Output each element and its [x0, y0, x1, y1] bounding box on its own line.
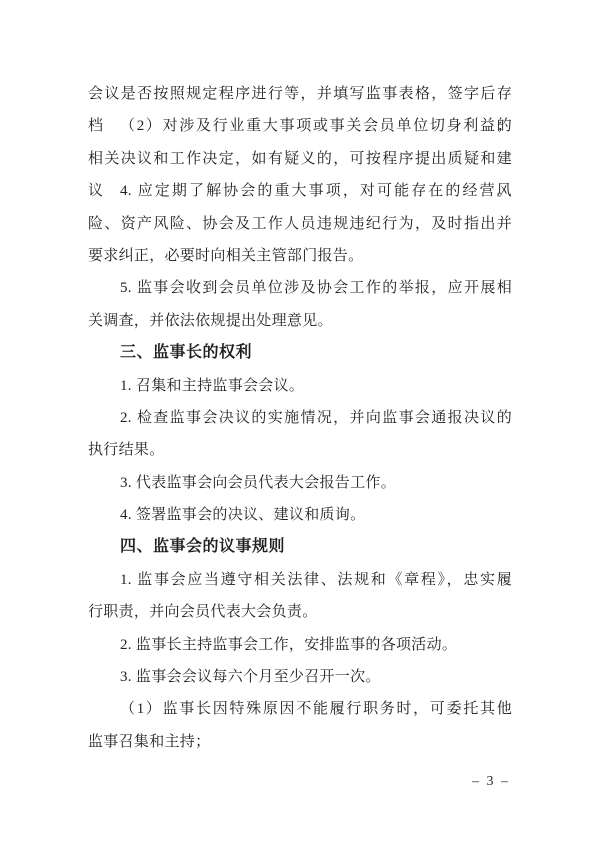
paragraph-line: 4. 签署监事会的决议、建议和质询。	[88, 499, 512, 531]
paragraph-line: 险、资产风险、协会及工作人员违规违纪行为，及时指出并	[88, 208, 512, 240]
paragraph-line: 2. 监事长主持监事会工作，安排监事的各项活动。	[88, 629, 512, 661]
paragraph-line: 关调查，并依法依规提出处理意见。	[88, 305, 512, 337]
paragraph-line: 1. 监事会应当遵守相关法律、法规和《章程》，忠实履	[88, 564, 512, 596]
paragraph-line: （1）监事长因特殊原因不能履行职务时，可委托其他	[88, 693, 512, 725]
paragraph-line: （2）对涉及行业重大事项或事关会员单位切身利益的	[88, 110, 512, 142]
paragraph-line: 2. 检查监事会决议的实施情况，并向监事会通报决议的	[88, 402, 512, 434]
paragraph-line: 5. 监事会收到会员单位涉及协会工作的举报，应开展相	[88, 272, 512, 304]
section-heading: 三、监事长的权利	[88, 337, 512, 369]
paragraph-line: 监事召集和主持；	[88, 726, 512, 758]
paragraph-line: 会议是否按照规定程序进行等，并填写监事表格，签字后存档；	[88, 78, 512, 110]
paragraph-line: 3. 监事会会议每六个月至少召开一次。	[88, 661, 512, 693]
document-page: 会议是否按照规定程序进行等，并填写监事表格，签字后存档； （2）对涉及行业重大事…	[0, 0, 600, 848]
paragraph-line: 1. 召集和主持监事会会议。	[88, 370, 512, 402]
paragraph-line: 行职责，并向会员代表大会负责。	[88, 596, 512, 628]
paragraph-line: 3. 代表监事会向会员代表大会报告工作。	[88, 467, 512, 499]
paragraph-line: 相关决议和工作决定，如有疑义的，可按程序提出质疑和建议。	[88, 143, 512, 175]
section-heading: 四、监事会的议事规则	[88, 531, 512, 563]
paragraph-line: 4. 应定期了解协会的重大事项，对可能存在的经营风	[88, 175, 512, 207]
page-number: – 3 –	[472, 774, 510, 790]
document-body: 会议是否按照规定程序进行等，并填写监事表格，签字后存档； （2）对涉及行业重大事…	[88, 78, 512, 758]
paragraph-line: 要求纠正，必要时向相关主管部门报告。	[88, 240, 512, 272]
paragraph-line: 执行结果。	[88, 434, 512, 466]
